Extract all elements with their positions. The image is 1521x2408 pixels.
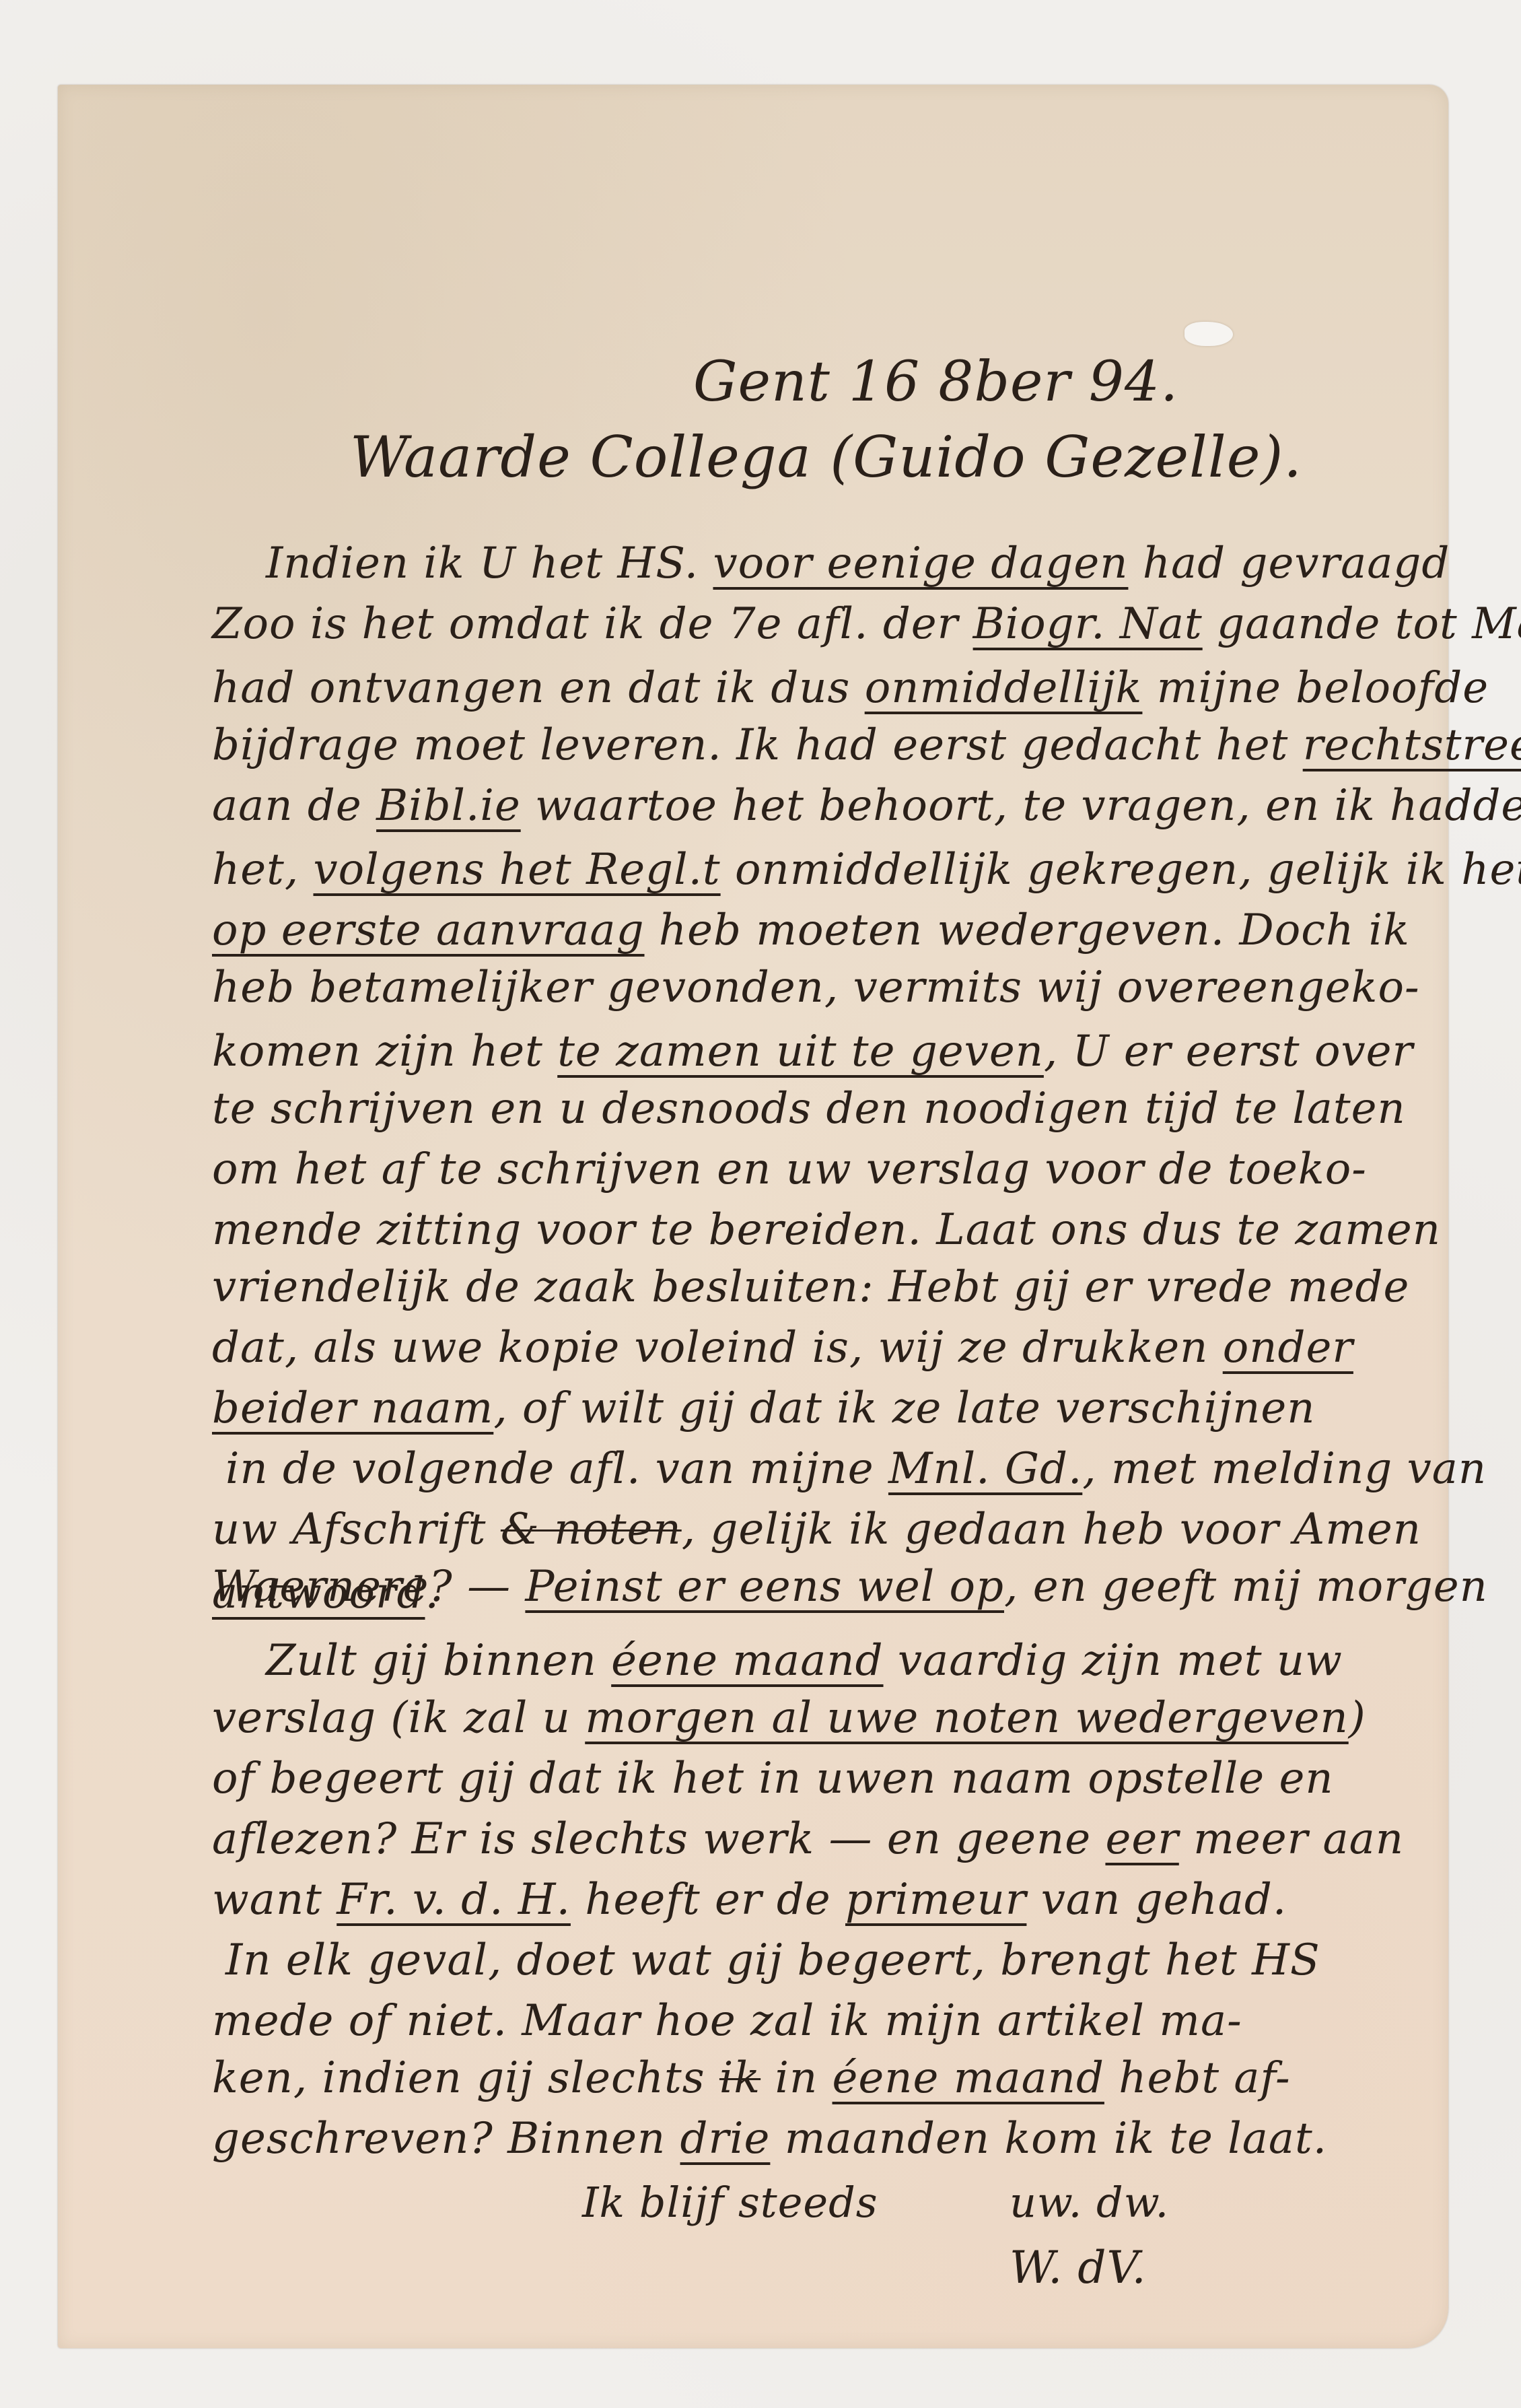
body-line: in de volgende afl. van mijne Mnl. Gd., … [225,1444,1487,1494]
paragraph3-line: ken, indien gij slechts ik in éene maand… [212,2053,1291,2103]
paragraph3-line: In elk geval, doet wat gij begeert, bren… [225,1935,1320,1985]
body-line: uw Afschrift & noten, gelijk ik gedaan h… [212,1505,1421,1554]
body-line: het, volgens het Regl.t onmiddellijk gek… [212,845,1521,895]
struck-text: & noten [501,1505,682,1554]
paragraph2-line: verslag (ik zal u morgen al uwe noten we… [212,1693,1366,1743]
body-line: had ontvangen en dat ik dus onmiddellijk… [212,663,1489,713]
body-line: beider naam, of wilt gij dat ik ze late … [212,1383,1315,1433]
letter-closing: Ik blijf steeds [582,2178,878,2227]
letter-salutation: Waarde Collega (Guido Gezelle). [350,424,1302,490]
body-line: om het af te schrijven en uw verslag voo… [212,1144,1367,1194]
paragraph3-line: geschreven? Binnen drie maanden kom ik t… [212,2114,1327,2164]
body-line: Zoo is het omdat ik de 7e afl. der Biogr… [212,599,1521,649]
body-line: heb betamelijker gevonden, vermits wij o… [212,963,1420,1012]
body-line: dat, als uwe kopie voleind is, wij ze dr… [212,1323,1353,1373]
handwritten-letter: Gent 16 8ber 94. Waarde Collega (Guido G… [0,0,1521,2408]
letter-date: Gent 16 8ber 94. [693,350,1178,414]
body-line: antwoord. [212,1569,439,1618]
body-line: aan de Bibl.ie waartoe het behoort, te v… [212,781,1521,831]
body-line: te schrijven en u desnoods den noodigen … [212,1084,1406,1134]
letter-closing-formula: uw. dw. [1010,2178,1169,2227]
body-line: bijdrage moet leveren. Ik had eerst geda… [212,720,1521,770]
paragraph2-line: Zult gij binnen éene maand vaardig zijn … [266,1636,1343,1686]
body-line: Indien ik U het HS. voor eenige dagen ha… [266,539,1450,588]
paragraph3-line: mede of niet. Maar hoe zal ik mijn artik… [212,1996,1242,2046]
body-line: vriendelijk de zaak besluiten: Hebt gij … [212,1262,1409,1312]
paragraph2-line: of begeert gij dat ik het in uwen naam o… [212,1754,1334,1803]
struck-text: ik [719,2053,760,2103]
body-line: op eerste aanvraag heb moeten wedergeven… [212,905,1410,955]
paragraph2-line: aflezen? Er is slechts werk — en geene e… [212,1814,1404,1864]
body-line: komen zijn het te zamen uit te geven, U … [212,1027,1413,1076]
letter-signature: W. dV. [1010,2242,1147,2294]
paragraph2-line: want Fr. v. d. H. heeft er de primeur va… [212,1875,1287,1925]
body-line: mende zitting voor te bereiden. Laat ons… [212,1205,1441,1255]
